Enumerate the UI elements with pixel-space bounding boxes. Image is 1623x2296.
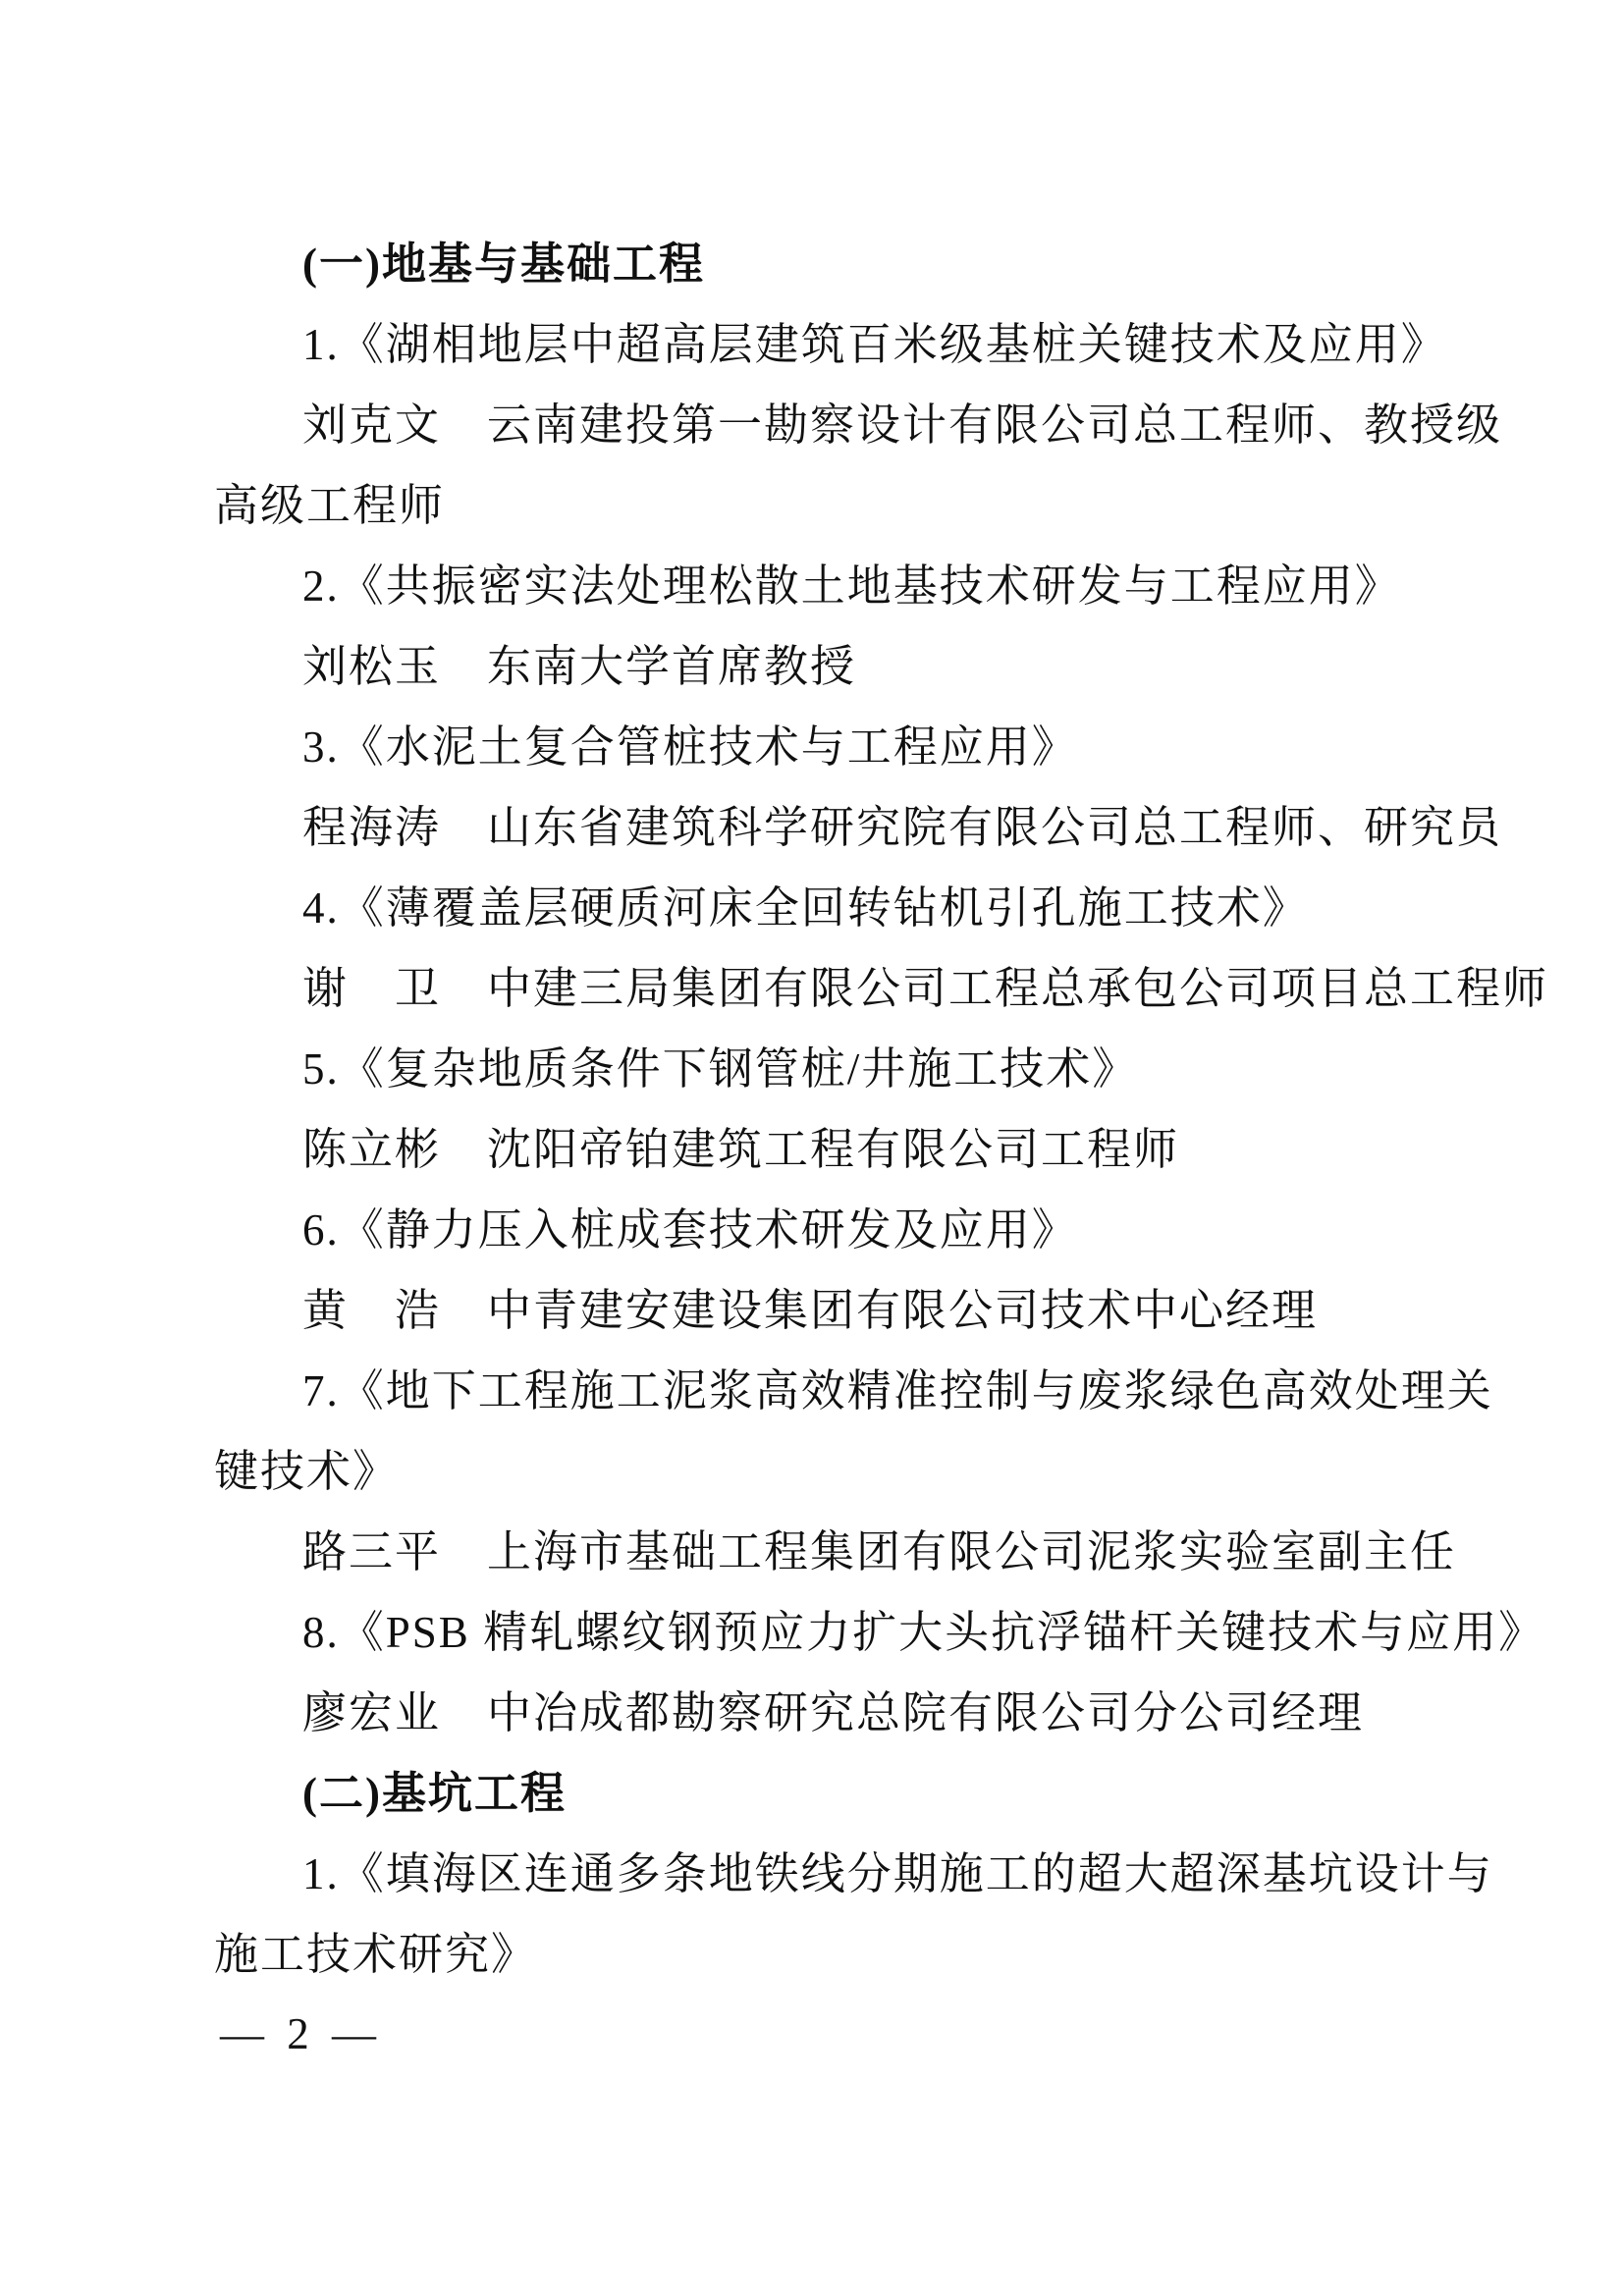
document-line: 刘松玉 东南大学首席教授 (214, 626, 1422, 707)
document-line: 2.《共振密实法处理松散土地基技术研发与工程应用》 (214, 546, 1422, 626)
document-line: 6.《静力压入桩成套技术研发及应用》 (214, 1190, 1422, 1270)
document-line: 7.《地下工程施工泥浆高效精准控制与废浆绿色高效处理关 (214, 1351, 1422, 1431)
document-line: 3.《水泥土复合管桩技术与工程应用》 (214, 707, 1422, 787)
document-line: 廖宏业 中冶成都勘察研究总院有限公司分公司经理 (214, 1673, 1422, 1753)
document-line: 4.《薄覆盖层硬质河床全回转钻机引孔施工技术》 (214, 868, 1422, 948)
document-body: (一)地基与基础工程1.《湖相地层中超高层建筑百米级基桩关键技术及应用》刘克文 … (214, 224, 1422, 1995)
document-line: 键技术》 (214, 1431, 1422, 1512)
page-number-footer: — 2 — (220, 2004, 382, 2063)
document-page: (一)地基与基础工程1.《湖相地层中超高层建筑百米级基桩关键技术及应用》刘克文 … (0, 0, 1623, 2296)
document-line: 1.《填海区连通多条地铁线分期施工的超大超深基坑设计与 (214, 1834, 1422, 1914)
document-line: 路三平 上海市基础工程集团有限公司泥浆实验室副主任 (214, 1512, 1422, 1592)
document-line: 陈立彬 沈阳帝铂建筑工程有限公司工程师 (214, 1109, 1422, 1190)
document-line: 谢 卫 中建三局集团有限公司工程总承包公司项目总工程师 (214, 948, 1422, 1029)
document-line: 施工技术研究》 (214, 1914, 1422, 1995)
document-line: (二)基坑工程 (214, 1753, 1422, 1834)
document-line: 刘克文 云南建投第一勘察设计有限公司总工程师、教授级 (214, 385, 1422, 465)
document-line: 程海涛 山东省建筑科学研究院有限公司总工程师、研究员 (214, 787, 1422, 868)
document-line: 黄 浩 中青建安建设集团有限公司技术中心经理 (214, 1270, 1422, 1351)
document-line: (一)地基与基础工程 (214, 224, 1422, 304)
document-line: 5.《复杂地质条件下钢管桩/井施工技术》 (214, 1029, 1422, 1109)
document-line: 高级工程师 (214, 465, 1422, 546)
document-line: 1.《湖相地层中超高层建筑百米级基桩关键技术及应用》 (214, 304, 1422, 385)
document-line: 8.《PSB 精轧螺纹钢预应力扩大头抗浮锚杆关键技术与应用》 (214, 1592, 1422, 1673)
